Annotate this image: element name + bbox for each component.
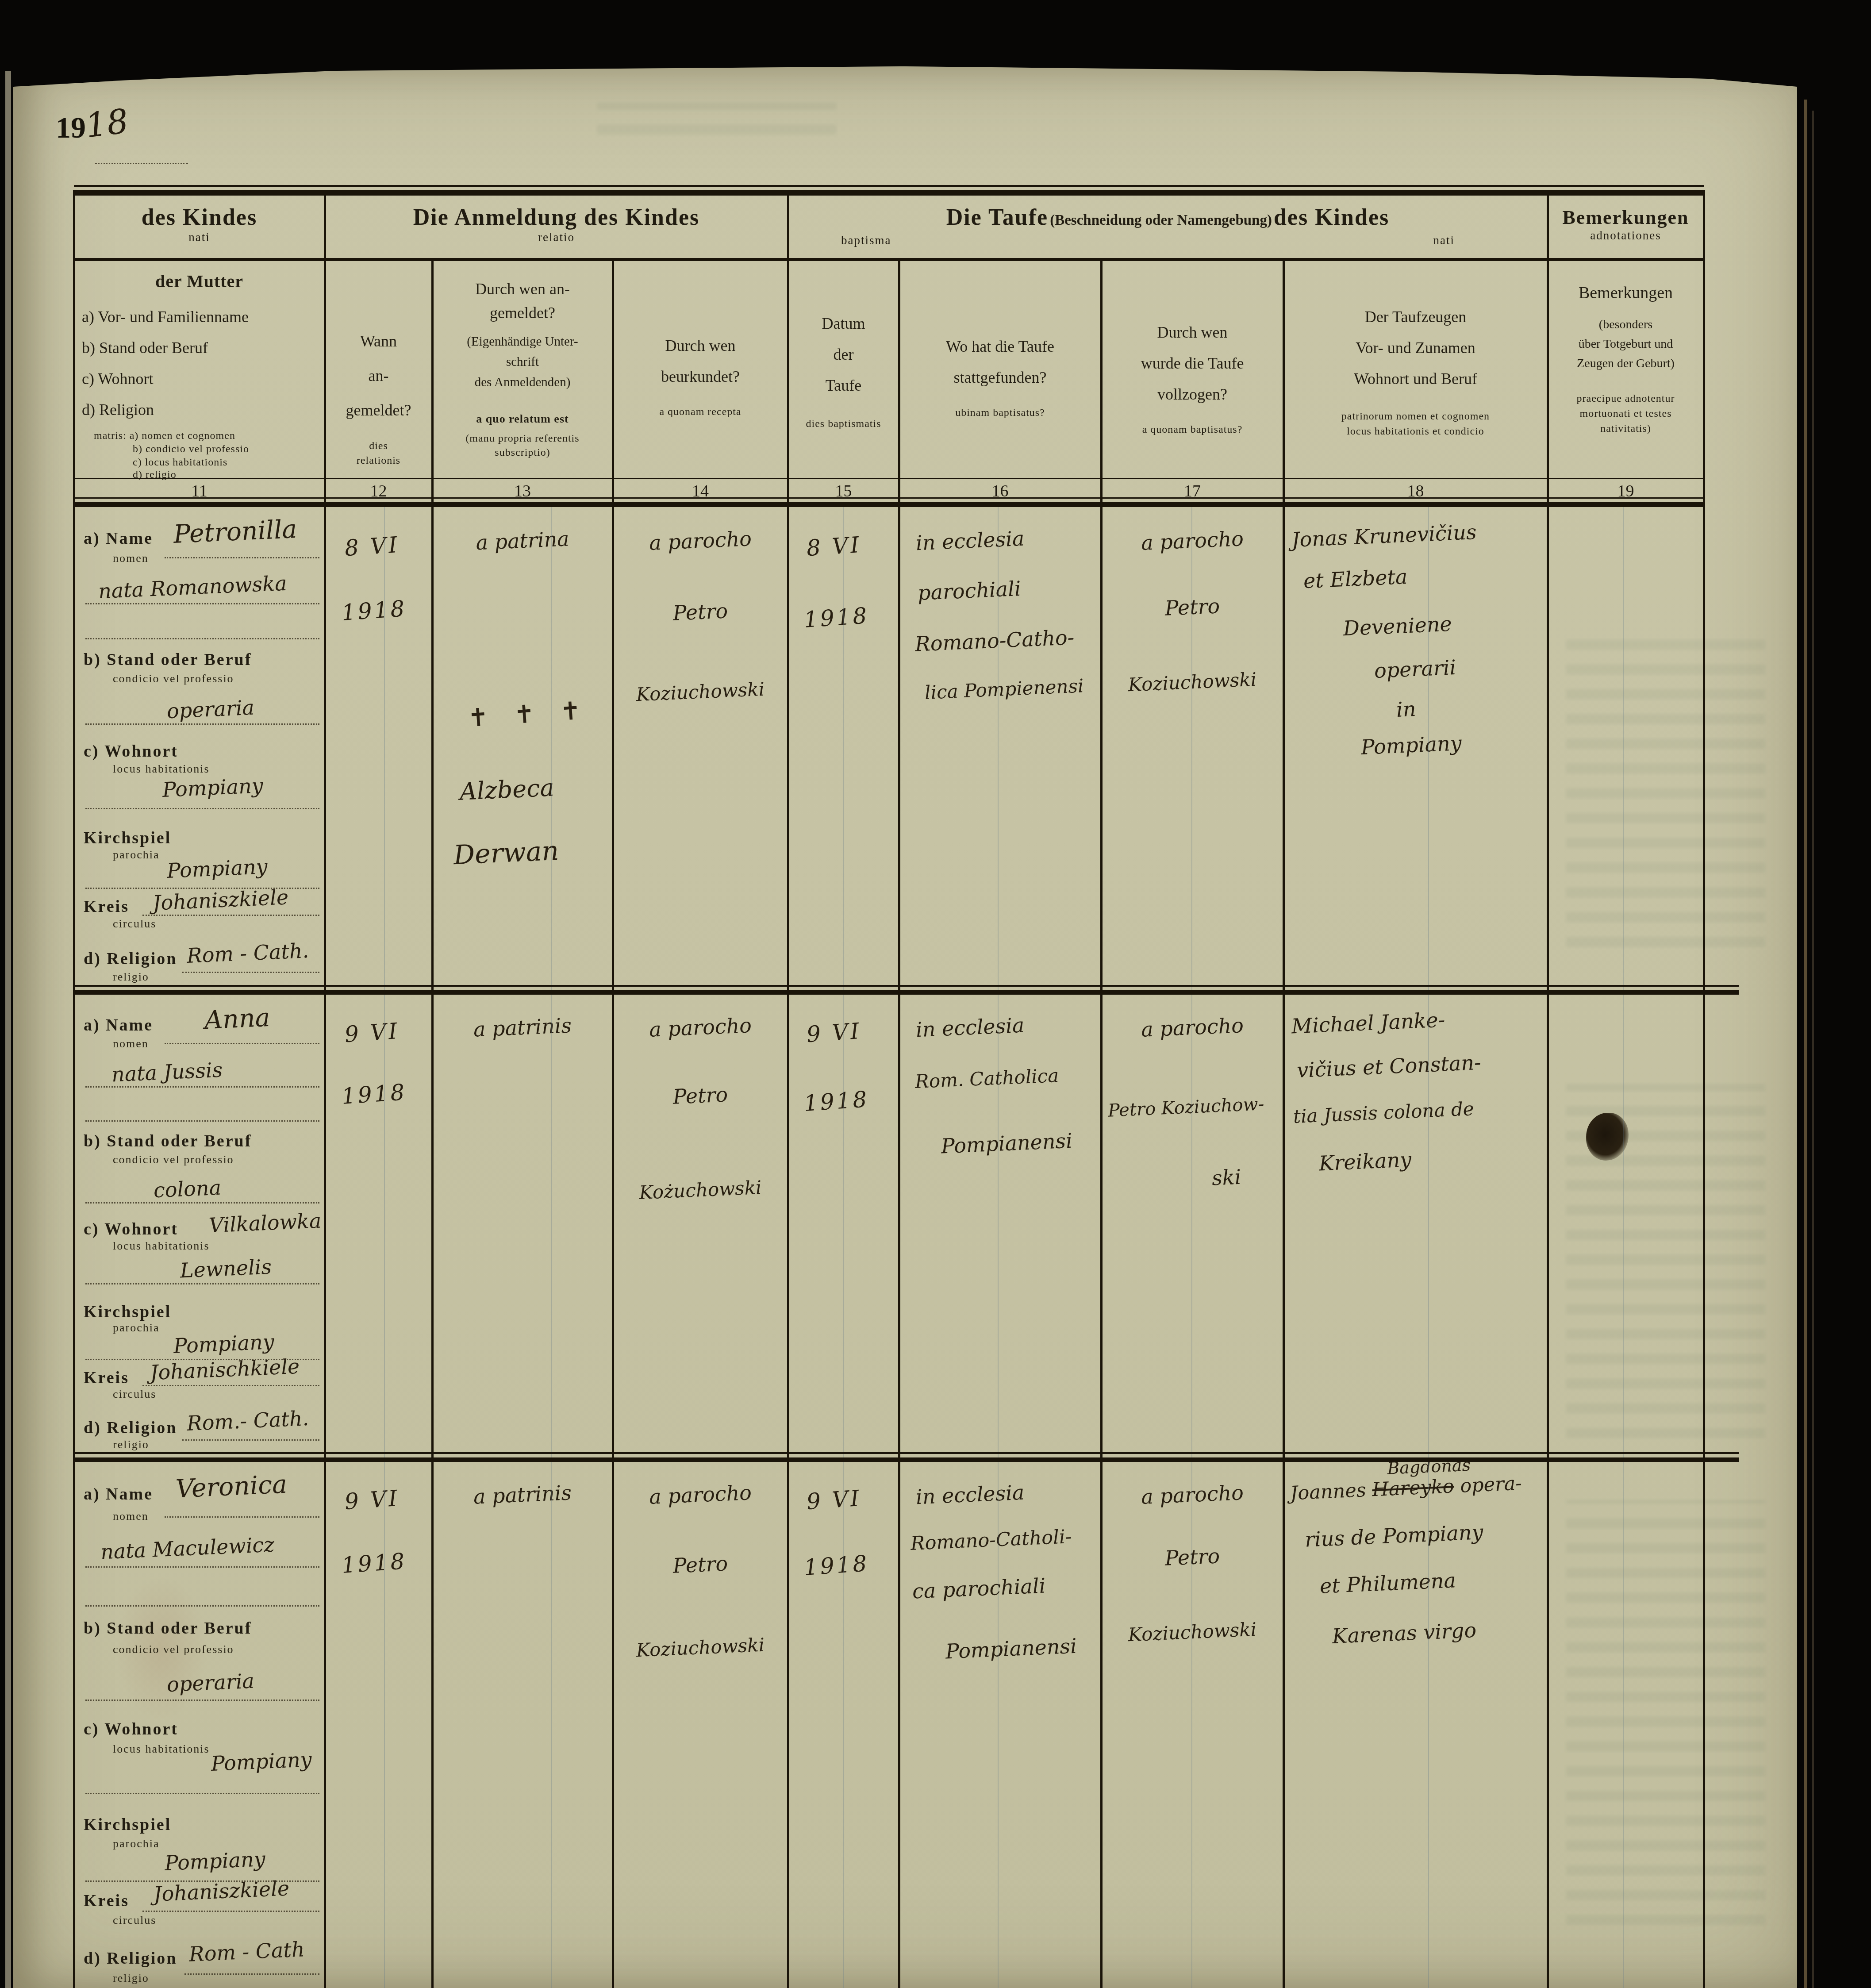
group-title: Die Taufe bbox=[946, 205, 1048, 230]
col-line: Durch wen bbox=[1101, 323, 1283, 342]
table-vertical-rule bbox=[1547, 259, 1549, 1988]
label-kirchspiel: Kirchspiel bbox=[84, 828, 171, 848]
cert-line: Petro bbox=[612, 1080, 788, 1111]
faint-ledger-line bbox=[1623, 507, 1624, 1988]
place-line: in ecclesia bbox=[915, 1480, 1025, 1509]
table-vertical-rule bbox=[324, 259, 326, 1988]
profession-value: operaria bbox=[166, 696, 255, 723]
label-name: a) Name bbox=[84, 1015, 153, 1035]
godparent-line: Pompiany bbox=[1360, 731, 1462, 759]
label-stand: b) Stand oder Beruf bbox=[84, 650, 252, 669]
godparent-post: opera- bbox=[1454, 1472, 1522, 1497]
record-2-godparents: Michael Janke- vičius et Constan- tia Ju… bbox=[1283, 997, 1548, 1452]
table-horizontal-rule bbox=[74, 985, 1739, 987]
godparent-line: tia Jussis colona de bbox=[1293, 1098, 1474, 1128]
page-left-edge bbox=[5, 71, 11, 1988]
col-header-18: Der Taufzeugen Vor- und Zunamen Wohnort … bbox=[1283, 261, 1548, 479]
col-header-13: Durch wen an- gemeldet? (Eigenhändige Un… bbox=[432, 261, 613, 479]
godparent-line: in bbox=[1396, 697, 1417, 722]
date-line: 8 VI bbox=[344, 531, 400, 561]
parish-value: Pompiany bbox=[173, 1330, 275, 1358]
priest-line: a parocho bbox=[1101, 1479, 1284, 1511]
cert-line: Petro bbox=[612, 1549, 788, 1580]
col-latin: relationis bbox=[325, 455, 432, 467]
group-header-bemerkungen: Bemerkungen adnotationes bbox=[1548, 206, 1704, 242]
group-title-line: Die Taufe (Beschneidung oder Namengebung… bbox=[788, 204, 1548, 231]
page-stack-edge bbox=[1804, 100, 1807, 1988]
label-locus: locus habitationis bbox=[113, 1742, 210, 1756]
bleed-through-ghost bbox=[1566, 1500, 1765, 1925]
col-line: stattgefunden? bbox=[899, 368, 1101, 387]
col-line: Zeugen der Geburt) bbox=[1548, 357, 1704, 371]
label-circulus: circulus bbox=[113, 1914, 156, 1927]
label-condicio: condicio vel professio bbox=[113, 1643, 234, 1656]
table-vertical-rule bbox=[1283, 259, 1285, 1988]
dotted-line bbox=[85, 1202, 319, 1204]
dotted-line bbox=[85, 1793, 319, 1794]
col-header-16: Wo hat die Taufe stattgefunden? ubinam b… bbox=[899, 261, 1101, 479]
table-vertical-rule bbox=[898, 259, 900, 1988]
label-religio: religio bbox=[113, 1438, 149, 1451]
col-line: gemeldet? bbox=[432, 304, 613, 322]
dotted-line bbox=[142, 915, 319, 916]
label-locus: locus habitationis bbox=[113, 1239, 210, 1253]
dotted-line bbox=[142, 1911, 319, 1912]
group-subtitle-left: baptisma bbox=[841, 234, 891, 247]
struck-name: Hareyko bbox=[1372, 1475, 1454, 1501]
col-header-11: der Mutter a) Vor- und Familienname b) S… bbox=[74, 261, 325, 479]
record-3-godparents: Joannes BagdonasHareyko opera- rius de P… bbox=[1283, 1464, 1548, 1988]
record-3-mother-column: a) Name nomen Veronica nata Maculewicz b… bbox=[74, 1464, 325, 1988]
maiden-name-value: nata Jussis bbox=[111, 1057, 223, 1086]
cert-line: Koziuchowski bbox=[612, 677, 788, 706]
col-latin: a quonam baptisatus? bbox=[1101, 424, 1283, 436]
table-vertical-rule bbox=[787, 259, 789, 1988]
year-printed: 19 bbox=[56, 111, 86, 144]
record-3-reported-by: a patrinis bbox=[432, 1464, 613, 1988]
col-latin: nativitatis) bbox=[1548, 423, 1704, 435]
faint-ledger-line bbox=[1428, 507, 1429, 1988]
godparent-line-corrected: Joannes BagdonasHareyko opera- bbox=[1290, 1472, 1522, 1504]
table-horizontal-rule bbox=[74, 190, 1704, 196]
dotted-line bbox=[165, 1516, 319, 1518]
profession-value: operaria bbox=[166, 1669, 255, 1697]
table-vertical-rule bbox=[1547, 190, 1549, 260]
table-vertical-rule bbox=[1703, 259, 1705, 1988]
year-block: 1918 bbox=[56, 106, 129, 146]
group-subtitle: relatio bbox=[325, 231, 788, 244]
col-line: (Eigenhändige Unter- bbox=[432, 335, 613, 349]
record-1-baptized-by: a parocho Petro Koziuchowski bbox=[1101, 510, 1283, 985]
label-condicio: condicio vel professio bbox=[113, 672, 234, 685]
residence-value: Pompiany bbox=[211, 1747, 312, 1776]
table-horizontal-rule bbox=[74, 478, 1704, 479]
label-religion: d) Religion bbox=[84, 1949, 177, 1968]
col-latin: dies baptismatis bbox=[788, 418, 899, 430]
dotted-line bbox=[85, 638, 319, 639]
col-latin: locus habitationis et condicio bbox=[1283, 426, 1548, 438]
record-1-report-date: 8 VI 1918 bbox=[325, 510, 432, 985]
label-circulus: circulus bbox=[113, 1388, 156, 1401]
label-stand: b) Stand oder Beruf bbox=[84, 1619, 252, 1638]
col-latin: (manu propria referentis bbox=[432, 433, 613, 445]
place-line: in ecclesia bbox=[915, 527, 1025, 555]
group-header-taufe: Die Taufe (Beschneidung oder Namengebung… bbox=[788, 204, 1548, 231]
col-line: über Totgeburt und bbox=[1548, 337, 1704, 351]
reporter-line: a patrinis bbox=[432, 1479, 613, 1511]
label-locus: locus habitationis bbox=[113, 762, 210, 776]
cert-line: Petro bbox=[612, 596, 788, 627]
dotted-line bbox=[85, 723, 319, 725]
dotted-line bbox=[165, 1043, 319, 1044]
col-line: vollzogen? bbox=[1101, 385, 1283, 404]
date-line: 9 VI bbox=[806, 1018, 862, 1047]
dotted-line bbox=[85, 808, 319, 809]
godparent-line: Jonas Krunevičius bbox=[1291, 520, 1477, 552]
label-wohnort: c) Wohnort bbox=[84, 1219, 178, 1239]
parish-value: Pompiany bbox=[164, 1847, 266, 1875]
col-header-19: Bemerkungen (besonders über Totgeburt un… bbox=[1548, 261, 1704, 479]
residence-value: Pompiany bbox=[162, 773, 264, 802]
table-horizontal-rule bbox=[74, 990, 1739, 995]
col-line: Durch wen bbox=[613, 336, 788, 355]
godparent-line: operarii bbox=[1374, 655, 1456, 683]
place-line: parochiali bbox=[917, 577, 1022, 605]
col-latin: a quonam recepta bbox=[613, 406, 788, 418]
religion-value: Rom - Cath. bbox=[186, 938, 309, 968]
dotted-line bbox=[85, 1566, 319, 1568]
group-title: des Kindes bbox=[1274, 205, 1389, 230]
year-dotted-line bbox=[95, 163, 188, 164]
reporter-line: a patrina bbox=[432, 525, 613, 557]
col-line: beurkundet? bbox=[613, 367, 788, 386]
table-vertical-rule bbox=[324, 190, 326, 260]
place-line: Pompianensi bbox=[945, 1634, 1077, 1664]
table-horizontal-rule bbox=[74, 502, 1704, 507]
godparent-line: Deveniene bbox=[1343, 612, 1452, 641]
table-vertical-rule bbox=[73, 259, 75, 1988]
col-line: Vor- und Zunamen bbox=[1283, 338, 1548, 357]
godparent-line: Karenas virgo bbox=[1332, 1618, 1477, 1648]
bleed-through-ghost bbox=[597, 103, 836, 135]
col-line: Wann bbox=[325, 332, 432, 350]
residence-inline-value: Vilkalowka bbox=[208, 1209, 322, 1238]
col-latin: praecipue adnotentur bbox=[1548, 393, 1704, 405]
label-kreis: Kreis bbox=[84, 897, 129, 916]
col-line: wurde die Taufe bbox=[1101, 354, 1283, 373]
priest-line: a parocho bbox=[1101, 525, 1284, 557]
cert-line: Koziuchowski bbox=[612, 1633, 788, 1662]
table-vertical-rule bbox=[1703, 190, 1705, 260]
label-religio: religio bbox=[113, 970, 149, 984]
record-3-baptism-place: in ecclesia Romano-Catholi- ca parochial… bbox=[899, 1464, 1101, 1988]
group-title-paren: (Beschneidung oder Namengebung) bbox=[1050, 212, 1272, 228]
dotted-line bbox=[85, 1605, 319, 1607]
reporter-line: a patrinis bbox=[432, 1011, 613, 1043]
priest-line: Petro Koziuchow- bbox=[1107, 1094, 1264, 1121]
godparent-pre: Joannes bbox=[1290, 1479, 1372, 1504]
table-vertical-rule bbox=[431, 259, 434, 1988]
cert-line: a parocho bbox=[612, 1011, 788, 1043]
residence-value: Lewnelis bbox=[180, 1254, 272, 1282]
maiden-name-value: nata Maculewicz bbox=[100, 1532, 275, 1564]
faint-ledger-line bbox=[551, 507, 552, 1988]
district-value: Johaniszkiele bbox=[152, 885, 289, 915]
col-line: Datum bbox=[788, 314, 899, 333]
label-wohnort: c) Wohnort bbox=[84, 742, 178, 761]
date-line: 8 VI bbox=[806, 531, 862, 561]
table-vertical-rule bbox=[612, 259, 614, 1988]
faint-ledger-line bbox=[1191, 507, 1192, 1988]
col-item: a) Vor- und Familienname bbox=[74, 308, 333, 326]
scanned-register-page: 1918 des Kindes nati Die Anmeldung des K… bbox=[0, 0, 1871, 1988]
faint-ledger-line bbox=[384, 507, 385, 1988]
label-nomen: nomen bbox=[113, 1037, 149, 1050]
col-header-17: Durch wen wurde die Taufe vollzogen? a q… bbox=[1101, 261, 1283, 479]
godparent-line: et Elzbeta bbox=[1303, 565, 1408, 593]
mother-name-value: Veronica bbox=[175, 1469, 288, 1503]
record-2-baptism-place: in ecclesia Rom. Catholica Pompianensi bbox=[899, 997, 1101, 1452]
label-wohnort: c) Wohnort bbox=[84, 1719, 178, 1739]
col-line: Taufe bbox=[788, 376, 899, 395]
place-line: ca parochiali bbox=[912, 1573, 1046, 1603]
record-1-godparents: Jonas Krunevičius et Elzbeta Deveniene o… bbox=[1283, 510, 1548, 985]
col-header-15: Datum der Taufe dies baptismatis bbox=[788, 261, 899, 479]
bleed-through-ghost bbox=[1566, 628, 1765, 947]
cert-line: a parocho bbox=[612, 1479, 788, 1510]
godparent-line: rius de Pompiany bbox=[1304, 1520, 1483, 1552]
signature-name: Alzbeca bbox=[459, 774, 555, 806]
label-religion: d) Religion bbox=[84, 949, 177, 969]
table-vertical-rule bbox=[787, 190, 789, 260]
date-line: 1918 bbox=[803, 603, 870, 633]
place-line: Romano-Catho- bbox=[914, 625, 1075, 656]
col-item: c) Wohnort bbox=[74, 369, 333, 388]
col-item: d) Religion bbox=[74, 400, 333, 419]
col-line: (besonders bbox=[1548, 318, 1704, 332]
group-title: Die Anmeldung des Kindes bbox=[325, 204, 788, 231]
dotted-line bbox=[182, 1439, 319, 1441]
cert-line: Kożuchowski bbox=[612, 1176, 788, 1205]
priest-line: ski bbox=[1211, 1165, 1241, 1190]
table-vertical-rule bbox=[1100, 259, 1103, 1988]
mother-name-value: Petronilla bbox=[173, 515, 298, 549]
date-line: 1918 bbox=[341, 596, 407, 626]
godparent-line: et Philumena bbox=[1319, 1568, 1456, 1598]
date-line: 9 VI bbox=[806, 1485, 862, 1515]
record-2-reported-by: a patrinis bbox=[432, 997, 613, 1452]
col-line: Bemerkungen bbox=[1548, 283, 1704, 303]
label-parochia: parochia bbox=[113, 1321, 160, 1334]
dotted-line bbox=[85, 603, 319, 604]
label-parochia: parochia bbox=[113, 848, 160, 861]
priest-line: a parocho bbox=[1101, 1011, 1284, 1043]
parish-value: Pompiany bbox=[166, 854, 268, 883]
col-line: gemeldet? bbox=[325, 401, 432, 419]
col-latin: dies bbox=[325, 440, 432, 452]
label-name: a) Name bbox=[84, 1484, 153, 1504]
table-horizontal-rule bbox=[74, 497, 1704, 499]
col-latin: a quo relatum est bbox=[432, 412, 613, 426]
col-latin: ubinam baptisatus? bbox=[899, 407, 1101, 419]
cert-line: a parocho bbox=[612, 525, 788, 556]
faint-ledger-line bbox=[998, 507, 999, 1988]
col-line: der bbox=[788, 345, 899, 364]
dotted-line bbox=[85, 1283, 319, 1284]
date-line: 1918 bbox=[803, 1086, 870, 1116]
priest-line: Petro bbox=[1101, 591, 1284, 623]
col-latin: patrinorum nomen et cognomen bbox=[1283, 411, 1548, 423]
maiden-name-value: nata Romanowska bbox=[98, 571, 288, 604]
mother-name-value: Anna bbox=[204, 1003, 271, 1035]
label-name: a) Name bbox=[84, 529, 153, 548]
col-header-12: Wann an- gemeldet? dies relationis bbox=[325, 261, 432, 479]
group-title: des Kindes bbox=[74, 204, 325, 231]
religion-value: Rom - Cath bbox=[188, 1937, 305, 1966]
group-subtitle: nati bbox=[74, 231, 325, 244]
label-religio: religio bbox=[113, 1972, 149, 1985]
record-2-certified-by: a parocho Petro Kożuchowski bbox=[613, 997, 788, 1452]
table-horizontal-rule bbox=[74, 185, 1704, 187]
faint-ledger-line bbox=[843, 507, 844, 1988]
group-header-anmeldung: Die Anmeldung des Kindes relatio bbox=[325, 204, 788, 244]
group-subtitle: adnotationes bbox=[1548, 229, 1704, 242]
record-2-mother-column: a) Name nomen Anna nata Jussis b) Stand … bbox=[74, 997, 325, 1452]
col-line: Durch wen an- bbox=[432, 280, 613, 298]
label-nomen: nomen bbox=[113, 1510, 149, 1523]
col-line: schrift bbox=[432, 355, 613, 369]
date-line: 1918 bbox=[341, 1079, 407, 1109]
place-line: lica Pompienensi bbox=[924, 675, 1084, 704]
dotted-line bbox=[182, 972, 319, 973]
dotted-line bbox=[85, 1700, 319, 1701]
godparent-line: Michael Janke- bbox=[1291, 1007, 1445, 1038]
label-stand: b) Stand oder Beruf bbox=[84, 1131, 252, 1151]
col-header-14: Durch wen beurkundet? a quonam recepta bbox=[613, 261, 788, 479]
place-line: Romano-Catholi- bbox=[910, 1526, 1072, 1555]
col-line: Wohnort und Beruf bbox=[1283, 369, 1548, 388]
date-line: 9 VI bbox=[344, 1485, 400, 1515]
label-kreis: Kreis bbox=[84, 1368, 129, 1388]
dotted-line bbox=[142, 1385, 319, 1386]
table-horizontal-rule bbox=[74, 1457, 1739, 1462]
label-kirchspiel: Kirchspiel bbox=[84, 1815, 171, 1834]
record-1-reported-by: a patrina ✝ ✝ ✝ Alzbeca Derwan bbox=[432, 510, 613, 985]
label-religion: d) Religion bbox=[84, 1418, 177, 1438]
date-line: 1918 bbox=[803, 1550, 870, 1580]
label-kreis: Kreis bbox=[84, 1891, 129, 1911]
table-horizontal-rule bbox=[74, 258, 1704, 261]
record-3-report-date: 9 VI 1918 bbox=[325, 1464, 432, 1988]
year-handwritten: 18 bbox=[83, 101, 131, 145]
col-line: des Anmeldenden) bbox=[432, 375, 613, 390]
table-horizontal-rule bbox=[74, 1452, 1739, 1454]
record-2-baptized-by: a parocho Petro Koziuchow- ski bbox=[1101, 997, 1283, 1452]
group-header-kind: des Kindes nati bbox=[74, 204, 325, 244]
godparent-line: Kreikany bbox=[1318, 1148, 1412, 1176]
record-1-certified-by: a parocho Petro Koziuchowski bbox=[613, 510, 788, 985]
corrected-name: BagdonasHareyko bbox=[1372, 1475, 1454, 1501]
record-3-certified-by: a parocho Petro Koziuchowski bbox=[613, 1464, 788, 1988]
col-line: Der Taufzeugen bbox=[1283, 308, 1548, 326]
priest-line: Koziuchowski bbox=[1101, 667, 1284, 697]
dotted-line bbox=[85, 1086, 319, 1088]
label-nomen: nomen bbox=[113, 552, 149, 565]
godparent-line: vičius et Constan- bbox=[1296, 1050, 1482, 1082]
table-vertical-rule bbox=[73, 190, 75, 260]
group-title: Bemerkungen bbox=[1548, 206, 1704, 229]
page-stack-edge-2 bbox=[1812, 111, 1814, 1988]
record-1-baptism-place: in ecclesia parochiali Romano-Catho- lic… bbox=[899, 510, 1101, 985]
profession-value: colona bbox=[153, 1176, 222, 1203]
date-line: 1918 bbox=[341, 1548, 407, 1578]
priest-line: Petro bbox=[1101, 1541, 1284, 1573]
label-parochia: parochia bbox=[113, 1837, 160, 1850]
label-kirchspiel: Kirchspiel bbox=[84, 1302, 171, 1322]
col-title: der Mutter bbox=[74, 271, 325, 292]
priest-line: Koziuchowski bbox=[1101, 1617, 1284, 1647]
record-2-report-date: 9 VI 1918 bbox=[325, 997, 432, 1452]
dotted-line bbox=[85, 1120, 319, 1122]
col-latin: matris: a) nomen et cognomen bbox=[74, 430, 345, 442]
col-line: an- bbox=[325, 366, 432, 385]
place-line: Rom. Catholica bbox=[914, 1065, 1059, 1092]
signature-name: Derwan bbox=[453, 835, 560, 871]
place-line: Pompianensi bbox=[941, 1129, 1073, 1158]
group-subtitle-right: nati bbox=[1433, 234, 1455, 247]
col-latin: subscriptio) bbox=[432, 447, 613, 459]
col-line: Wo hat die Taufe bbox=[899, 337, 1101, 356]
dotted-line bbox=[184, 1973, 319, 1975]
signature-crosses: ✝ ✝ ✝ bbox=[467, 696, 591, 733]
date-line: 9 VI bbox=[344, 1018, 400, 1047]
col-item: b) Stand oder Beruf bbox=[74, 338, 333, 357]
record-1-mother-column: a) Name nomen Petronilla nata Romanowska… bbox=[74, 510, 325, 985]
religion-value: Rom.- Cath. bbox=[186, 1406, 309, 1435]
label-circulus: circulus bbox=[113, 917, 156, 931]
col-latin: mortuonati et testes bbox=[1548, 408, 1704, 420]
record-3-baptized-by: a parocho Petro Koziuchowski bbox=[1101, 1464, 1283, 1988]
label-condicio: condicio vel professio bbox=[113, 1153, 234, 1166]
place-line: in ecclesia bbox=[915, 1013, 1025, 1042]
dotted-line bbox=[165, 557, 319, 558]
